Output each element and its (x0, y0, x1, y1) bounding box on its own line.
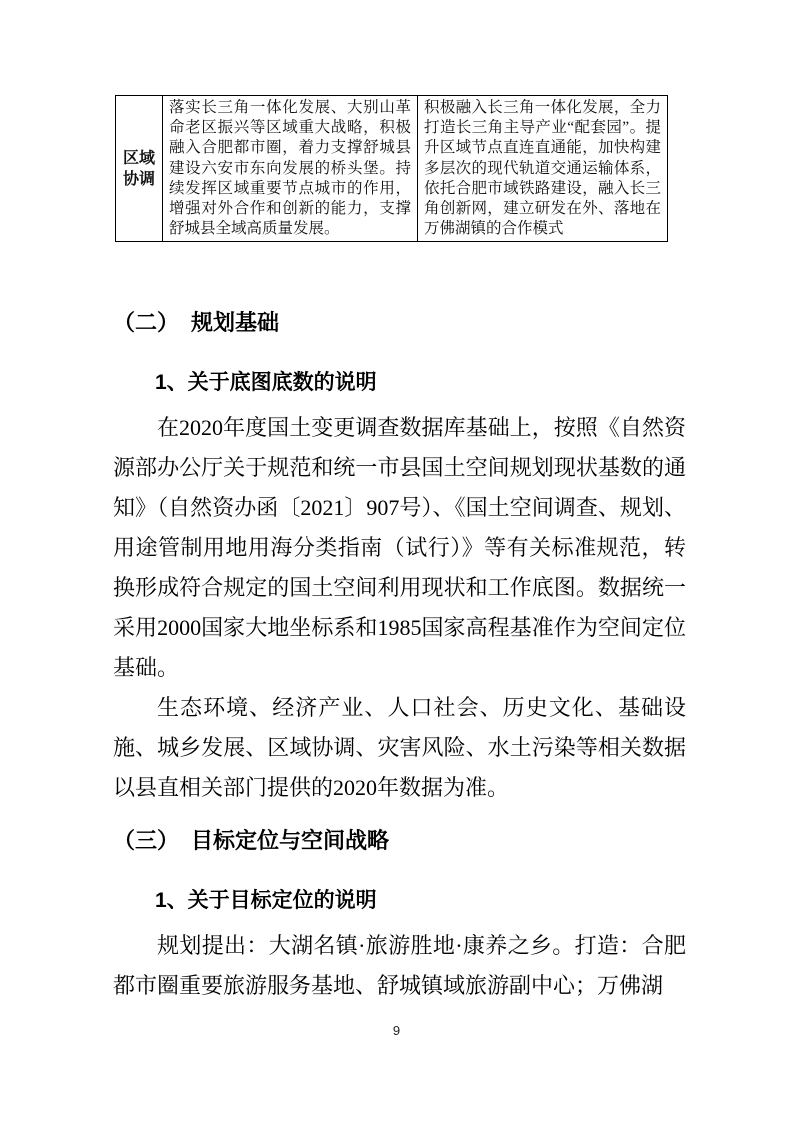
section-number: （二） (113, 310, 179, 335)
paragraph-goal-positioning: 规划提出：大湖名镇·旅游胜地·康养之乡。打造：合肥都市圈重要旅游服务基地、舒城镇… (113, 926, 686, 1006)
paragraph-data-source: 生态环境、经济产业、人口社会、历史文化、基础设施、城乡发展、区域协调、灾害风险、… (113, 688, 686, 808)
section-number: （三） (113, 828, 179, 853)
table-row-header-cell: 区域协调 (116, 96, 163, 241)
subsection-heading-goal-positioning: 1、关于目标定位的说明 (113, 888, 686, 914)
paragraph-basemap-explanation: 在2020年度国土变更调查数据库基础上，按照《自然资源部办公厅关于规范和统一市县… (113, 408, 686, 688)
page-content: 区域协调 落实长三角一体化发展、大别山革命老区振兴等区域重大战略，积极融入合肥都… (113, 95, 686, 1006)
table-cell-current-strategy: 落实长三角一体化发展、大别山革命老区振兴等区域重大战略，积极融入合肥都市圈，着力… (163, 96, 418, 241)
document-page: 区域协调 落实长三角一体化发展、大别山革命老区振兴等区域重大战略，积极融入合肥都… (0, 0, 793, 1122)
section-title: 规划基础 (191, 310, 279, 335)
subsection-heading-basemap: 1、关于底图底数的说明 (113, 370, 686, 396)
region-coordination-table: 区域协调 落实长三角一体化发展、大别山革命老区振兴等区域重大战略，积极融入合肥都… (115, 95, 668, 242)
section-heading-planning-basis: （二）规划基础 (113, 310, 686, 336)
table-cell-planned-strategy: 积极融入长三角一体化发展，全力打造长三角主导产业“配套园”。提升区域节点直连直通… (418, 96, 667, 241)
table-row-label: 区域协调 (122, 148, 156, 190)
section-title: 目标定位与空间战略 (191, 828, 389, 853)
page-number: 9 (0, 1023, 793, 1038)
section-heading-goal-strategy: （三）目标定位与空间战略 (113, 828, 686, 854)
